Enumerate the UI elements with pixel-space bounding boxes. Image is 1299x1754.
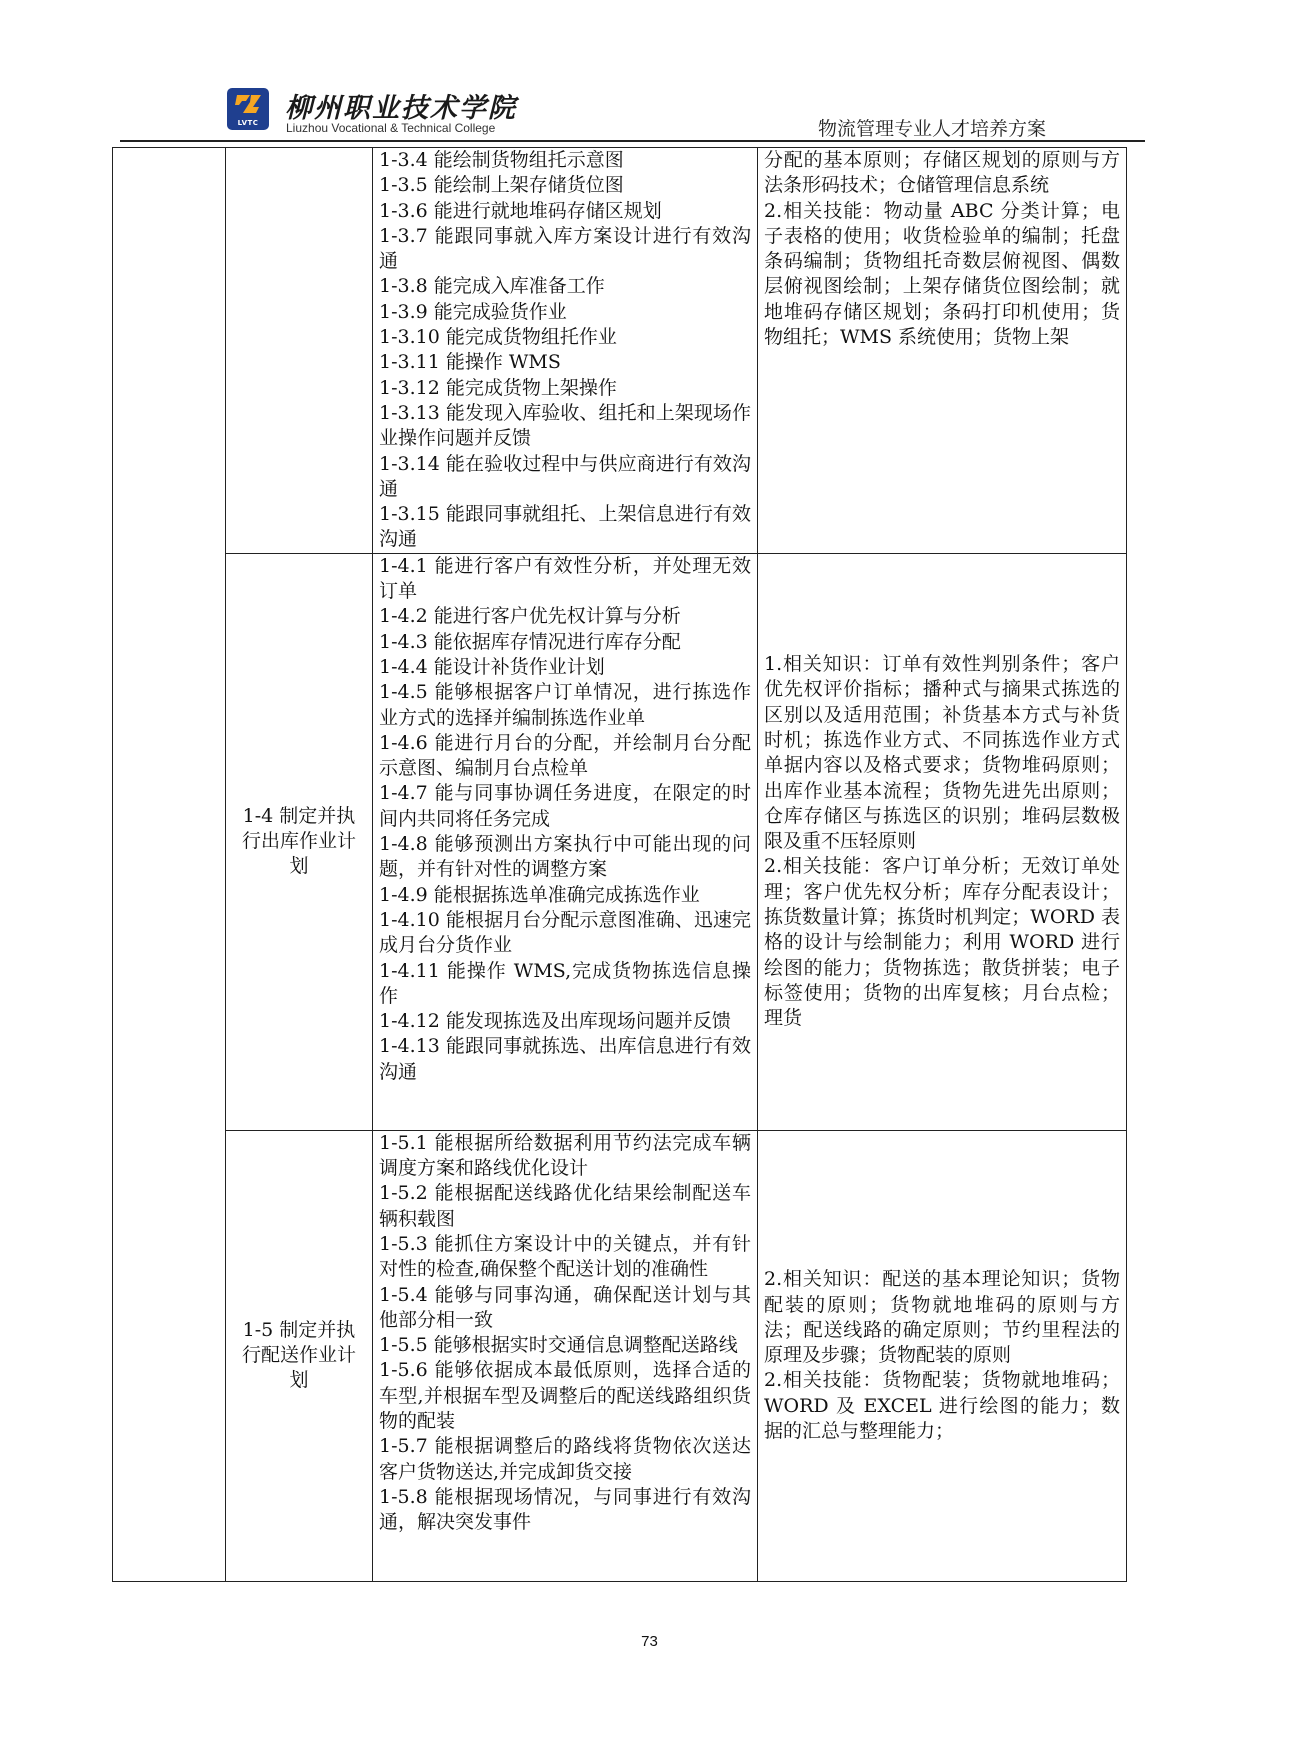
task-cell xyxy=(226,148,373,554)
ability-item: 1-4.6 能进行月台的分配，并绘制月台分配示意图、编制月台点检单 xyxy=(379,731,751,782)
ability-item: 1-4.7 能与同事协调任务进度，在限定的时间内共同将任务完成 xyxy=(379,781,751,832)
college-name-en: Liuzhou Vocational & Technical College xyxy=(286,121,495,135)
table-row: 1-3.4 能绘制货物组托示意图 1-3.5 能绘制上架存储货位图 1-3.6 … xyxy=(113,148,1127,554)
ability-item: 1-5.5 能够根据实时交通信息调整配送路线 xyxy=(379,1333,751,1358)
ability-item: 1-4.10 能根据月台分配示意图准确、迅速完成月台分货作业 xyxy=(379,908,751,959)
ability-item: 1-5.1 能根据所给数据利用节约法完成车辆调度方案和路线优化设计 xyxy=(379,1131,751,1182)
ability-item: 1-5.6 能够依据成本最低原则，选择合适的车型,并根据车型及调整后的配送线路组… xyxy=(379,1358,751,1434)
abilities-cell: 1-5.1 能根据所给数据利用节约法完成车辆调度方案和路线优化设计 1-5.2 … xyxy=(373,1130,758,1581)
knowledge-item: 1.相关知识：订单有效性判别条件；客户优先权评价指标；播种式与摘果式拣选的区别以… xyxy=(764,652,1120,854)
table-row: 1-5 制定并执行配送作业计划 1-5.1 能根据所给数据利用节约法完成车辆调度… xyxy=(113,1130,1127,1581)
logo-abbr: LVTC xyxy=(227,119,269,127)
knowledge-skills-cell: 2.相关知识：配送的基本理论知识；货物配装的原则；货物就地堆码的原则与方法；配送… xyxy=(758,1130,1127,1581)
ability-item: 1-4.9 能根据拣选单准确完成拣选作业 xyxy=(379,883,751,908)
ability-item: 1-4.2 能进行客户优先权计算与分析 xyxy=(379,604,751,629)
ability-item: 1-3.12 能完成货物上架操作 xyxy=(379,376,751,401)
curriculum-table: 1-3.4 能绘制货物组托示意图 1-3.5 能绘制上架存储货位图 1-3.6 … xyxy=(112,147,1127,1582)
college-name-cn: 柳州职业技术学院 xyxy=(285,86,517,125)
skills-item: 2.相关技能：货物配装；货物就地堆码；WORD 及 EXCEL 进行绘图的能力；… xyxy=(764,1368,1120,1444)
ability-item: 1-5.8 能根据现场情况，与同事进行有效沟通，解决突发事件 xyxy=(379,1485,751,1536)
abilities-cell: 1-4.1 能进行客户有效性分析，并处理无效订单 1-4.2 能进行客户优先权计… xyxy=(373,553,758,1130)
ability-item: 1-4.8 能够预测出方案执行中可能出现的问题，并有针对性的调整方案 xyxy=(379,832,751,883)
ability-item: 1-3.5 能绘制上架存储货位图 xyxy=(379,173,751,198)
ability-item: 1-5.2 能根据配送线路优化结果绘制配送车辆积载图 xyxy=(379,1181,751,1232)
knowledge-item: 分配的基本原则；存储区规划的原则与方法条形码技术；仓储管理信息系统 xyxy=(764,148,1120,199)
skills-item: 2.相关技能：客户订单分析；无效订单处理；客户优先权分析；库存分配表设计；拣货数… xyxy=(764,854,1120,1031)
ability-item: 1-4.1 能进行客户有效性分析，并处理无效订单 xyxy=(379,554,751,605)
category-cell xyxy=(113,148,226,1582)
skills-item: 2.相关技能：物动量 ABC 分类计算；电子表格的使用；收货检验单的编制；托盘条… xyxy=(764,199,1120,351)
ability-item: 1-3.10 能完成货物组托作业 xyxy=(379,325,751,350)
ability-item: 1-5.4 能够与同事沟通，确保配送计划与其他部分相一致 xyxy=(379,1283,751,1334)
document-title: 物流管理专业人才培养方案 xyxy=(818,114,1046,141)
knowledge-item: 2.相关知识：配送的基本理论知识；货物配装的原则；货物就地堆码的原则与方法；配送… xyxy=(764,1267,1120,1368)
header-divider xyxy=(120,140,1145,142)
ability-item: 1-4.12 能发现拣选及出库现场问题并反馈 xyxy=(379,1009,751,1034)
ability-item: 1-3.4 能绘制货物组托示意图 xyxy=(379,148,751,173)
ability-item: 1-4.5 能够根据客户订单情况，进行拣选作业方式的选择并编制拣选作业单 xyxy=(379,680,751,731)
knowledge-skills-cell: 1.相关知识：订单有效性判别条件；客户优先权评价指标；播种式与摘果式拣选的区别以… xyxy=(758,553,1127,1130)
ability-item: 1-3.6 能进行就地堆码存储区规划 xyxy=(379,199,751,224)
page-number: 73 xyxy=(0,1633,1299,1650)
ability-item: 1-4.4 能设计补货作业计划 xyxy=(379,655,751,680)
task-cell: 1-4 制定并执行出库作业计划 xyxy=(226,553,373,1130)
ability-item: 1-4.13 能跟同事就拣选、出库信息进行有效沟通 xyxy=(379,1034,751,1085)
ability-item: 1-4.3 能依据库存情况进行库存分配 xyxy=(379,630,751,655)
task-cell: 1-5 制定并执行配送作业计划 xyxy=(226,1130,373,1581)
page-header: LVTC 柳州职业技术学院 Liuzhou Vocational & Techn… xyxy=(0,0,1299,145)
ability-item: 1-3.11 能操作 WMS xyxy=(379,350,751,375)
ability-item: 1-3.9 能完成验货作业 xyxy=(379,300,751,325)
knowledge-skills-cell: 分配的基本原则；存储区规划的原则与方法条形码技术；仓储管理信息系统 2.相关技能… xyxy=(758,148,1127,554)
ability-item: 1-3.13 能发现入库验收、组托和上架现场作业操作问题并反馈 xyxy=(379,401,751,452)
ability-item: 1-5.7 能根据调整后的路线将货物依次送达客户货物送达,并完成卸货交接 xyxy=(379,1434,751,1485)
abilities-cell: 1-3.4 能绘制货物组托示意图 1-3.5 能绘制上架存储货位图 1-3.6 … xyxy=(373,148,758,554)
ability-item: 1-5.3 能抓住方案设计中的关键点，并有针对性的检查,确保整个配送计划的准确性 xyxy=(379,1232,751,1283)
ability-item: 1-3.8 能完成入库准备工作 xyxy=(379,274,751,299)
table-row: 1-4 制定并执行出库作业计划 1-4.1 能进行客户有效性分析，并处理无效订单… xyxy=(113,553,1127,1130)
logo-mark-icon xyxy=(233,93,263,115)
ability-item: 1-3.7 能跟同事就入库方案设计进行有效沟通 xyxy=(379,224,751,275)
college-logo: LVTC xyxy=(227,88,269,130)
ability-item: 1-3.14 能在验收过程中与供应商进行有效沟通 xyxy=(379,452,751,503)
ability-item: 1-3.15 能跟同事就组托、上架信息进行有效沟通 xyxy=(379,502,751,553)
ability-item: 1-4.11 能操作 WMS,完成货物拣选信息操作 xyxy=(379,959,751,1010)
